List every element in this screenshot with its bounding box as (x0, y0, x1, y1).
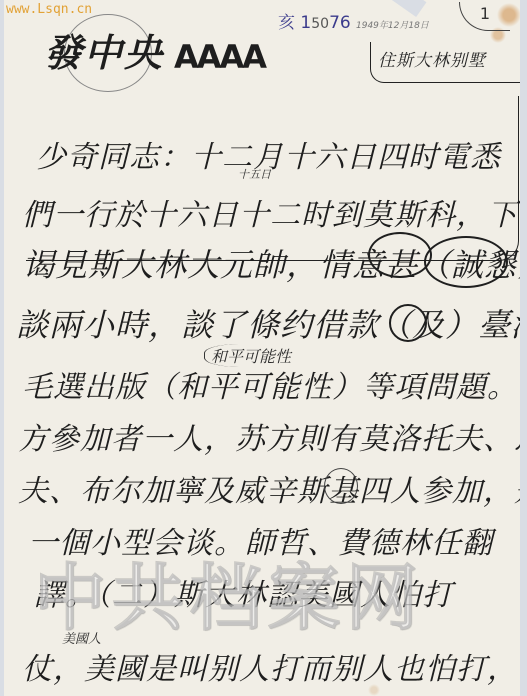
body-line-10: 仗，美國是叫别人打而别人也怕打，看 (22, 644, 520, 688)
body-line-4: 談兩小時，談了條约借款（及）臺灣及 (16, 300, 520, 346)
parenthetical-note: 和平可能性 (204, 344, 291, 367)
circled-phrase-1 (368, 232, 432, 278)
recipient-stamp: 發中央 (44, 22, 164, 77)
body-line-2: 們一行於十六日十二时到莫斯科，下午十时 (22, 190, 520, 234)
page-number: 1 (459, 2, 510, 31)
file-number-prefix: 亥 (278, 13, 295, 33)
scanned-document-page: www.Lsqn.cn 發中央 AAAA 亥 15076 1949年12月18日… (4, 0, 520, 696)
file-number-sub: 50 (311, 16, 329, 32)
site-watermark: www.Lsqn.cn (6, 2, 92, 17)
location-note: 住斯大林别墅 (378, 46, 486, 71)
body-line-6: 方參加者一人，苏方則有莫洛托夫、馬林可 (18, 414, 520, 458)
archive-watermark: 中共档案网 (34, 540, 424, 644)
date-correction: 十五日 (238, 166, 271, 182)
file-number-main: 1 (300, 13, 311, 33)
body-line-7: 夫、布尔加寧及威辛斯基四人参加，是 (18, 466, 520, 510)
circled-number (389, 304, 427, 342)
date-note: 1949年12月18日 (356, 18, 429, 31)
body-line-1: 少奇同志：十二月十六日四时電悉（一）我 (36, 132, 520, 176)
file-number-suffix: 76 (329, 13, 351, 33)
priority-mark: AAAA (174, 38, 265, 76)
circled-phrase-2 (424, 236, 508, 288)
torn-corner (392, 0, 427, 17)
opening-bracket (26, 96, 519, 261)
circled-four (324, 468, 358, 504)
body-line-5: 毛選出版（和平可能性）等項問題。我 (22, 362, 520, 406)
file-number: 亥 15076 (278, 8, 351, 33)
